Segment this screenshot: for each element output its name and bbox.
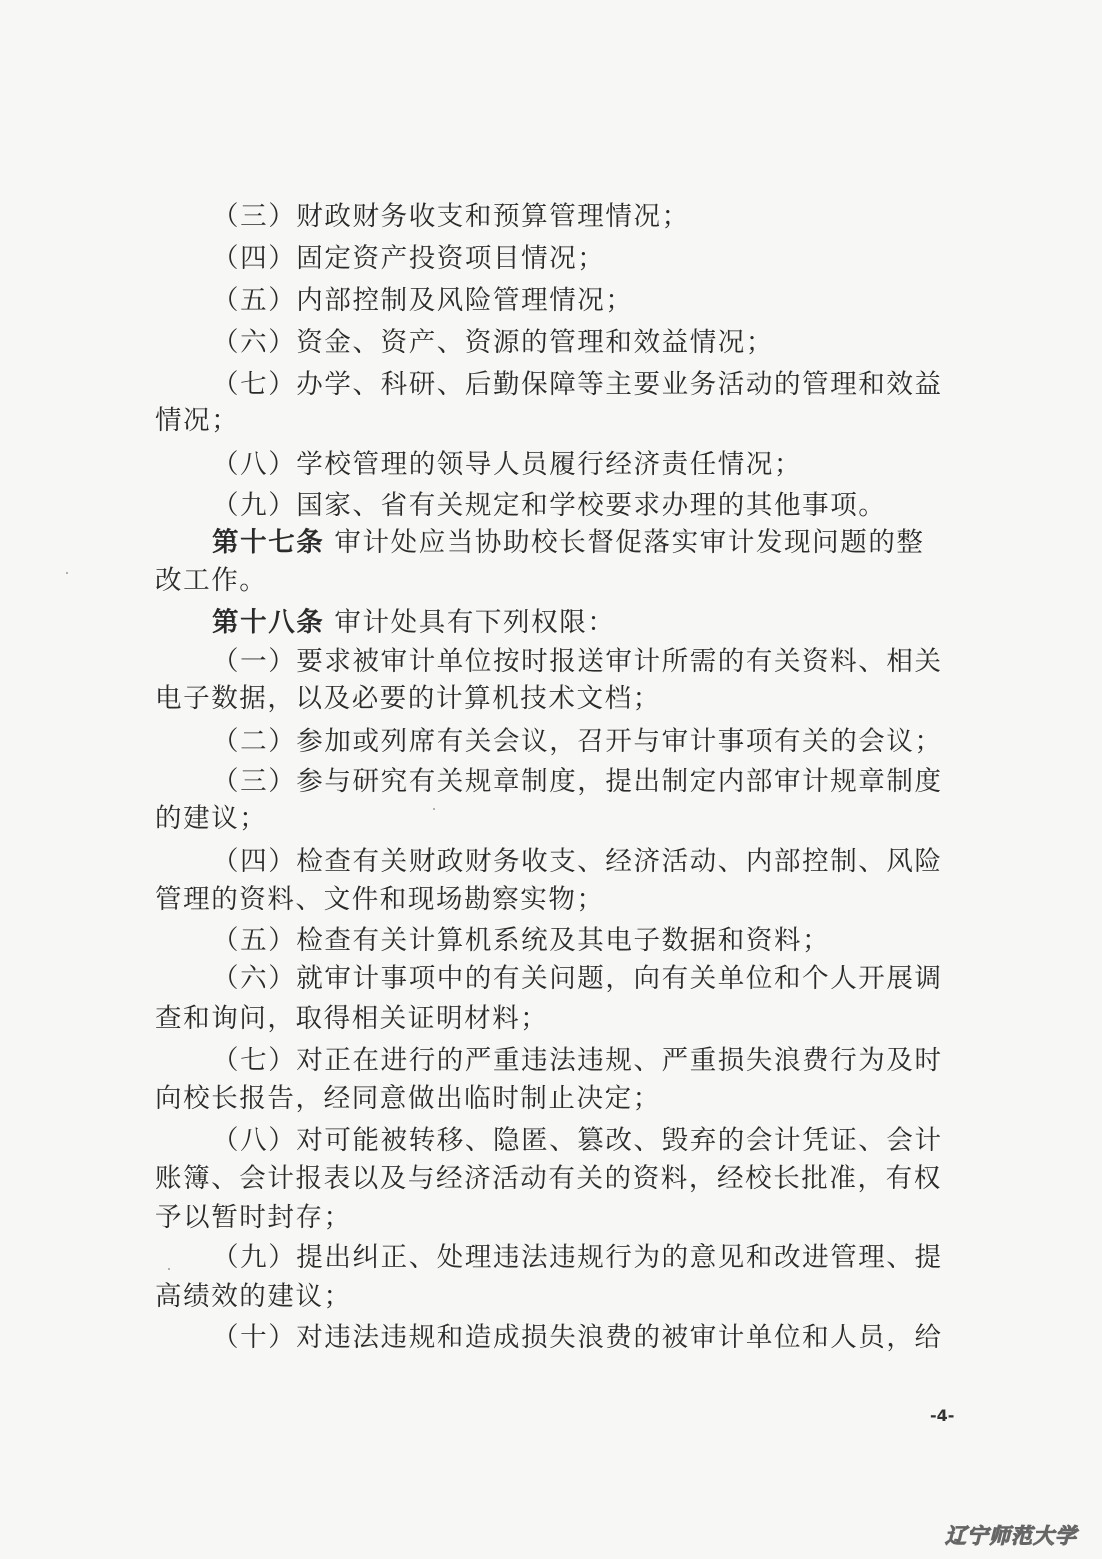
text-line: 管理的资料、文件和现场勘察实物； — [155, 881, 965, 919]
text-line: （三）参与研究有关规章制度，提出制定内部审计规章制度 — [212, 763, 1022, 801]
text-line: 账簿、会计报表以及与经济活动有关的资料，经校长批准，有权 — [155, 1160, 965, 1198]
text-line: （五）检查有关计算机系统及其电子数据和资料； — [212, 922, 1022, 960]
text-line: （五）内部控制及风险管理情况； — [212, 282, 1022, 320]
document-page: （三）财政财务收支和预算管理情况； （四）固定资产投资项目情况； （五）内部控制… — [0, 0, 1102, 1559]
text-line: （九）国家、省有关规定和学校要求办理的其他事项。 — [212, 487, 1022, 525]
page-number: -4- — [930, 1406, 954, 1425]
article-text: 审计处具有下列权限： — [324, 607, 615, 638]
text-line: 情况； — [155, 402, 965, 440]
text-line: 予以暂时封存； — [155, 1199, 965, 1237]
watermark-logo: 辽宁师范大学 — [945, 1520, 1077, 1550]
text-line: （四）固定资产投资项目情况； — [212, 240, 1022, 278]
article-heading: 第十七条 — [212, 527, 324, 558]
text-line: （八）对可能被转移、隐匿、篡改、毁弃的会计凭证、会计 — [212, 1122, 1022, 1160]
text-line: （四）检查有关财政财务收支、经济活动、内部控制、风险 — [212, 843, 1022, 881]
text-line: （六）就审计事项中的有关问题，向有关单位和个人开展调 — [212, 960, 1022, 998]
text-line: （二）参加或列席有关会议，召开与审计事项有关的会议； — [212, 723, 1022, 761]
text-line: 电子数据，以及必要的计算机技术文档； — [155, 680, 965, 718]
scan-speck — [168, 1268, 170, 1270]
article-17-line: 第十七条 审计处应当协助校长督促落实审计发现问题的整 — [212, 524, 1022, 562]
text-line: （七）对正在进行的严重违法违规、严重损失浪费行为及时 — [212, 1042, 1022, 1080]
text-line: （六）资金、资产、资源的管理和效益情况； — [212, 324, 1022, 362]
scan-speck — [66, 572, 68, 574]
text-line: （七）办学、科研、后勤保障等主要业务活动的管理和效益 — [212, 366, 1022, 404]
text-line: （一）要求被审计单位按时报送审计所需的有关资料、相关 — [212, 643, 1022, 681]
text-line: 改工作。 — [155, 562, 965, 600]
text-line: （八）学校管理的领导人员履行经济责任情况； — [212, 446, 1022, 484]
text-line: 高绩效的建议； — [155, 1278, 965, 1316]
text-line: （三）财政财务收支和预算管理情况； — [212, 198, 1022, 236]
text-line: 查和询问，取得相关证明材料； — [155, 1000, 965, 1038]
article-18-line: 第十八条 审计处具有下列权限： — [212, 604, 1022, 642]
text-line: 向校长报告，经同意做出临时制止决定； — [155, 1080, 965, 1118]
text-line: 的建议； — [155, 800, 965, 838]
article-text: 审计处应当协助校长督促落实审计发现问题的整 — [324, 527, 924, 558]
text-line: （十）对违法违规和造成损失浪费的被审计单位和人员，给 — [212, 1319, 1022, 1357]
scan-speck — [433, 808, 435, 810]
article-heading: 第十八条 — [212, 607, 324, 638]
text-line: （九）提出纠正、处理违法违规行为的意见和改进管理、提 — [212, 1239, 1022, 1277]
